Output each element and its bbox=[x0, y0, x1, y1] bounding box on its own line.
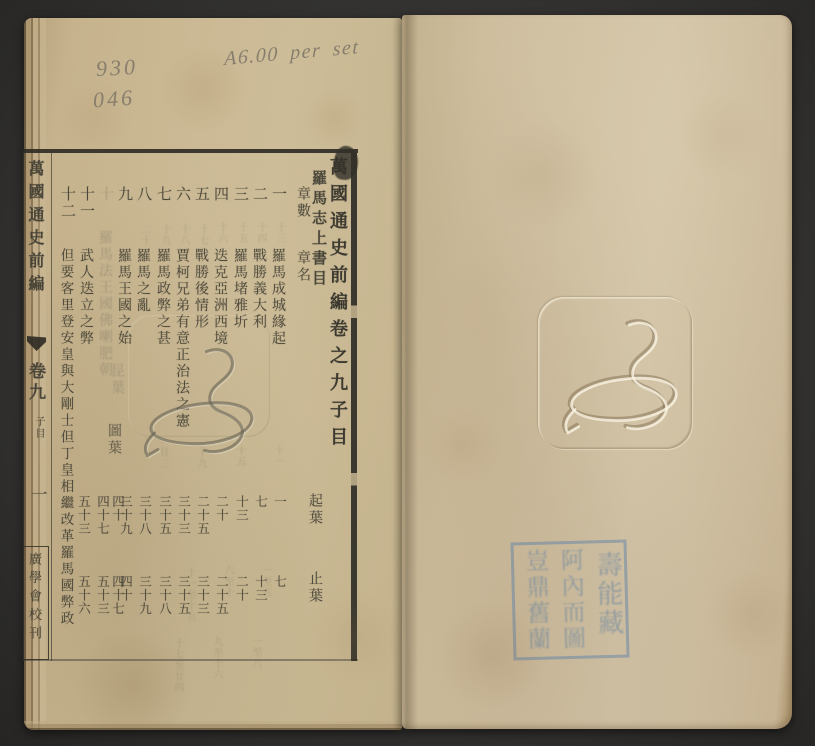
ghost-text: 十七 bbox=[197, 224, 207, 246]
header-chapter-name: 章名 bbox=[295, 250, 309, 284]
monogram-stamp-icon bbox=[544, 307, 689, 442]
chapter-number: 五 bbox=[193, 186, 208, 203]
chapter-number: 十一 bbox=[78, 186, 93, 220]
ghost-text: 十一至十五 bbox=[184, 567, 194, 622]
ghost-text: 十六 bbox=[216, 222, 226, 244]
chapter-name: 羅馬法王國佛喇肥朝 bbox=[97, 230, 111, 379]
start-leaf: 二十五 bbox=[196, 495, 209, 536]
chapter-number: 四 bbox=[212, 186, 227, 203]
start-leaf: 七 bbox=[254, 495, 267, 509]
start-leaf: 五十三 bbox=[77, 495, 90, 536]
frame-right-rule bbox=[351, 153, 357, 661]
ghost-text: 一至八 bbox=[250, 636, 260, 669]
start-leaf: 十三 bbox=[235, 495, 248, 522]
library-seal: 壽能藏 阿內而圖 豈鼎舊蘭 bbox=[510, 540, 629, 661]
handwritten-call-number-line2: 046 bbox=[92, 85, 136, 114]
chapter-number: 八 bbox=[135, 186, 150, 203]
chapter-number: 九 bbox=[116, 186, 131, 203]
page-stack-edge-bottom bbox=[24, 718, 402, 730]
book-gutter-shadow bbox=[392, 15, 418, 729]
seal-text-column: 壽能藏 bbox=[594, 551, 622, 639]
spine-volume-sub: 子目 bbox=[33, 416, 43, 440]
header-start-leaf: 起葉 bbox=[307, 493, 321, 527]
start-leaf: 四十七 bbox=[96, 495, 109, 536]
chapter-name: 羅馬之亂 bbox=[135, 248, 149, 314]
ghost-text: 二十 bbox=[139, 224, 149, 246]
left-page: 萬國通史前編 卷九 子目 一 廣學會校刊 萬國通史前編卷之九子目 羅馬志上書目 … bbox=[24, 18, 402, 730]
end-leaf: 三十九 bbox=[138, 575, 151, 616]
ghost-text: 六至十 bbox=[222, 565, 232, 598]
start-leaf: 三十八 bbox=[138, 495, 151, 536]
end-leaf: 五十六 bbox=[77, 575, 90, 616]
chapter-name: 武人迭立之弊 bbox=[78, 248, 92, 347]
chapter-number: 二 bbox=[251, 186, 266, 203]
ghost-text: 一至五 bbox=[260, 565, 270, 598]
handwritten-call-number-line1: 930 bbox=[95, 54, 138, 82]
toc-title: 萬國通史前編卷之九子目 bbox=[329, 157, 347, 454]
chapter-number: 三 bbox=[232, 186, 247, 203]
chapter-number: 六 bbox=[174, 186, 189, 203]
ghost-text: 十五 bbox=[236, 222, 246, 244]
start-leaf: 一 bbox=[273, 495, 286, 509]
right-page: 壽能藏 阿內而圖 豈鼎舊蘭 bbox=[402, 15, 792, 729]
toc-section-title: 羅馬志上書目 bbox=[310, 170, 325, 290]
seal-text-column: 阿內而圖 bbox=[559, 548, 585, 653]
chapter-number: 十二 bbox=[59, 186, 74, 220]
ghost-text: 十七至廿四 bbox=[172, 638, 182, 693]
header-chapter-number: 章數 bbox=[295, 186, 309, 220]
chapter-number: 一 bbox=[270, 186, 285, 203]
ghost-text: 十九 bbox=[159, 224, 169, 246]
end-leaf: 五十三 bbox=[96, 575, 109, 616]
frame-top-rule bbox=[24, 149, 358, 153]
photograph-of-open-book: 萬國通史前編 卷九 子目 一 廣學會校刊 萬國通史前編卷之九子目 羅馬志上書目 … bbox=[0, 0, 815, 746]
spine-volume: 卷九 bbox=[27, 362, 44, 404]
spine-leaf-number: 一 bbox=[29, 486, 45, 502]
ghost-text: 十三 bbox=[274, 222, 284, 244]
end-leaf: 三十八 bbox=[158, 575, 171, 616]
end-leaf: 三十三 bbox=[196, 575, 209, 616]
start-leaf: 四十 bbox=[111, 495, 124, 522]
spine-book-title: 萬國通史前編 bbox=[26, 160, 42, 298]
ghost-text: 十八 bbox=[178, 224, 188, 246]
chapter-name: 羅馬成城緣起 bbox=[270, 248, 284, 347]
end-leaf: 七 bbox=[273, 575, 286, 589]
ghost-text: 十四 bbox=[255, 222, 265, 244]
frame-bottom-rule bbox=[24, 659, 358, 661]
end-leaf: 二十 bbox=[235, 575, 248, 602]
monogram-stamp-icon bbox=[116, 336, 276, 466]
start-leaf: 二十 bbox=[215, 495, 228, 522]
chapter-number: 十 bbox=[97, 186, 112, 203]
header-end-leaf: 止葉 bbox=[307, 571, 321, 605]
start-leaf: 三十五 bbox=[158, 495, 171, 536]
end-leaf: 四十七 bbox=[111, 575, 124, 616]
chapter-number: 七 bbox=[155, 186, 170, 203]
seal-text-column: 豈鼎舊蘭 bbox=[524, 549, 550, 654]
ghost-text: 九至十六 bbox=[211, 636, 221, 680]
chapter-name: 但要客里登安皇與大剛士但丁皇相繼改革羅馬國弊政 bbox=[59, 248, 73, 628]
start-leaf: 三十三 bbox=[177, 495, 190, 536]
publisher-imprint: 廣學會校刊 bbox=[28, 552, 41, 645]
